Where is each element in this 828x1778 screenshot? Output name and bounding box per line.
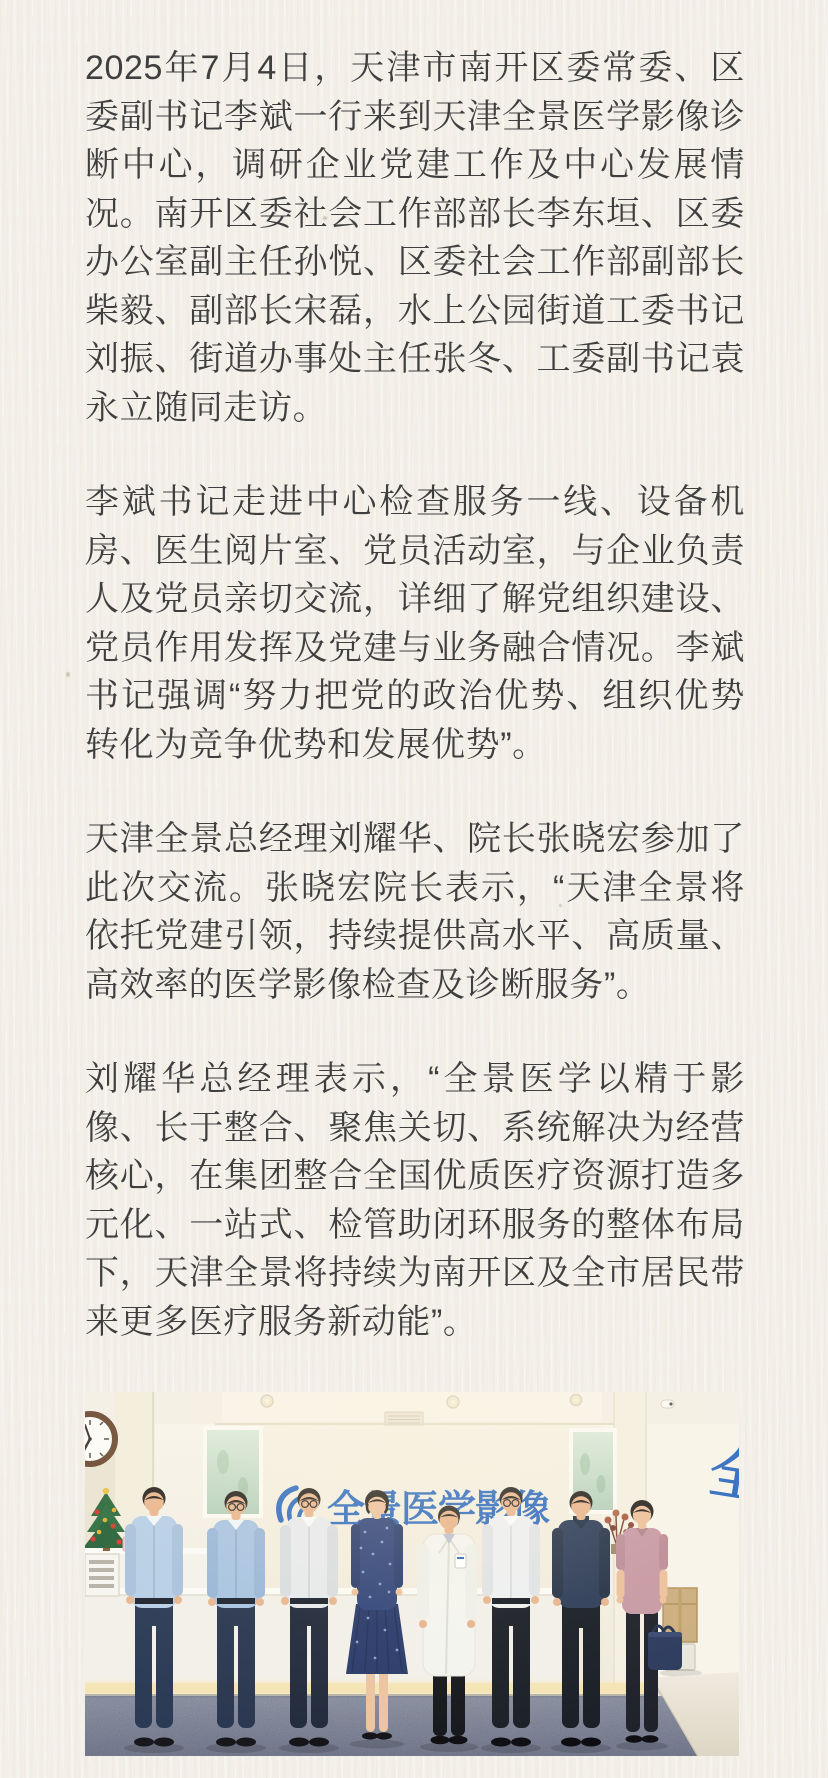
- group-photo: 全景医学影像 全: [85, 1392, 739, 1756]
- warm-light-overlay: [85, 1392, 739, 1756]
- article-paragraph-3: 天津全景总经理刘耀华、院长张晓宏参加了此次交流。张晓宏院长表示，“天津全景将依托…: [85, 815, 745, 1009]
- article-paragraph-4: 刘耀华总经理表示，“全景医学以精于影像、长于整合、聚焦关切、系统解决为经营核心，…: [85, 1055, 745, 1346]
- article-paragraph-2: 李斌书记走进中心检查服务一线、设备机房、医生阅片室、党员活动室，与企业负责人及党…: [85, 478, 745, 769]
- group-photo-illustration: 全景医学影像 全: [85, 1392, 739, 1756]
- article-body: 2025年7月4日，天津市南开区委常委、区委副书记李斌一行来到天津全景医学影像诊…: [85, 44, 745, 1756]
- article-page: 2025年7月4日，天津市南开区委常委、区委副书记李斌一行来到天津全景医学影像诊…: [0, 0, 828, 1778]
- paper-speck: [66, 672, 70, 677]
- article-paragraph-1: 2025年7月4日，天津市南开区委常委、区委副书记李斌一行来到天津全景医学影像诊…: [85, 44, 745, 432]
